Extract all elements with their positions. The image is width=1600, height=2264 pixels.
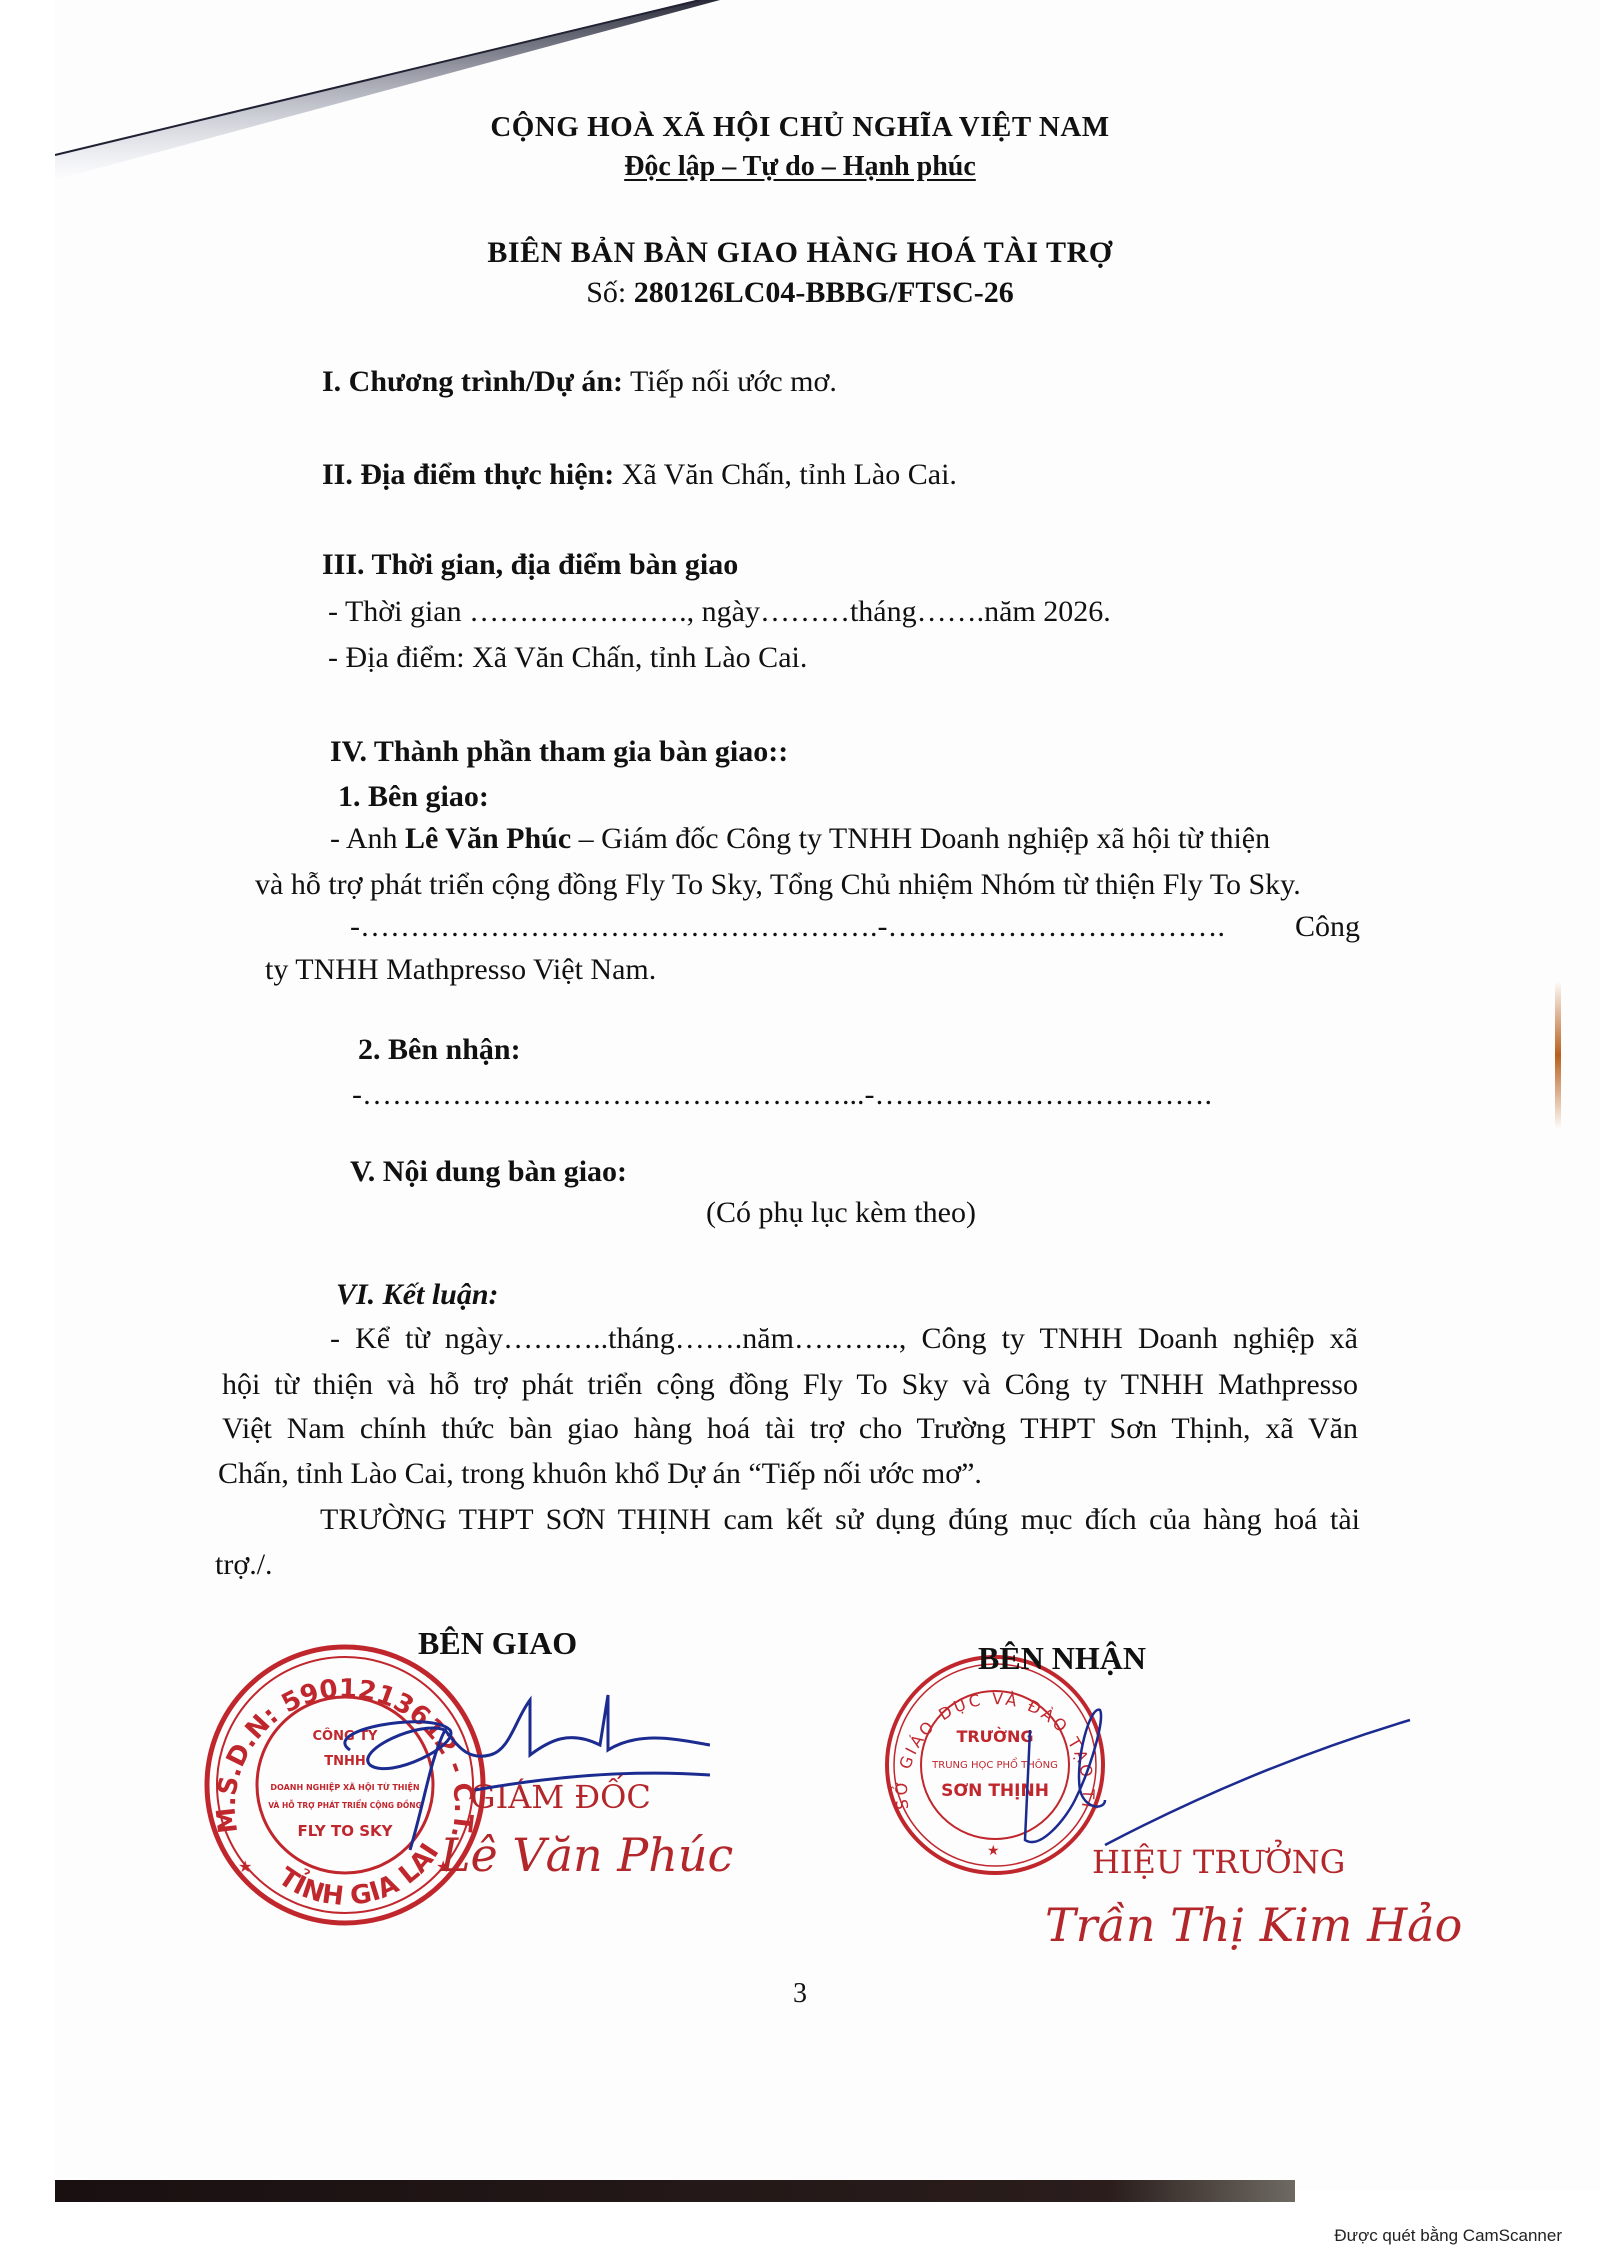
section-value: Tiếp nối ước mơ. xyxy=(623,365,837,398)
giver-line-1: - Anh Lê Văn Phúc – Giám đốc Công ty TNH… xyxy=(330,824,1270,854)
section-conclusion-label: VI. Kết luận: xyxy=(336,1280,499,1310)
handover-place-line: - Địa điểm: Xã Văn Chấn, tỉnh Lào Cai. xyxy=(328,643,807,673)
giver-signature xyxy=(260,1650,710,1860)
giver-prefix: - Anh xyxy=(330,822,405,855)
receiver-line: -…………………………………………...-……………………………. xyxy=(352,1080,1212,1110)
giver-line-2: và hỗ trợ phát triển cộng đồng Fly To Sk… xyxy=(255,870,1301,900)
page-number: 3 xyxy=(0,1980,1600,2008)
scanner-watermark: Được quét bằng CamScanner xyxy=(1334,2226,1562,2246)
document-number-value: 280126LC04-BBBG/FTSC-26 xyxy=(634,276,1014,309)
section-label: II. Địa điểm thực hiện: xyxy=(322,458,614,491)
section-label: I. Chương trình/Dự án: xyxy=(322,365,623,398)
conclusion-text: - Kể từ ngày………..tháng…….năm……….., Công … xyxy=(330,1324,1358,1354)
svg-text:★: ★ xyxy=(987,1844,1000,1859)
section-value: Xã Văn Chấn, tỉnh Lào Cai. xyxy=(614,458,957,491)
conclusion-line-2: hội từ thiện và hỗ trợ phát triển cộng đ… xyxy=(222,1370,1358,1400)
document-title: BIÊN BẢN BÀN GIAO HÀNG HOÁ TÀI TRỢ xyxy=(0,238,1600,268)
section-time-place-label: III. Thời gian, địa điểm bàn giao xyxy=(322,550,738,580)
receiver-signature xyxy=(1010,1690,1430,1870)
document-number-label: Số: xyxy=(586,276,634,309)
motto: Độc lập – Tự do – Hạnh phúc xyxy=(0,153,1600,181)
receiver-signed-name: Trần Thị Kim Hảo xyxy=(1045,1898,1462,1952)
commitment-line-end: trợ./. xyxy=(215,1550,273,1580)
section-program: I. Chương trình/Dự án: Tiếp nối ước mơ. xyxy=(322,367,837,397)
scan-edge-mark xyxy=(1555,980,1561,1130)
giver-line-3: -…………………………………………….-……………………………. Công xyxy=(350,912,1360,942)
giver-name: Lê Văn Phúc xyxy=(405,822,571,855)
svg-text:★: ★ xyxy=(238,1859,252,1876)
conclusion-line-3: Việt Nam chính thức bàn giao hàng hoá tà… xyxy=(222,1414,1358,1444)
receiver-heading: BÊN NHẬN xyxy=(978,1640,1146,1677)
conclusion-text: hội từ thiện và hỗ trợ phát triển cộng đ… xyxy=(222,1370,1358,1400)
commitment-text: TRƯỜNG THPT SƠN THỊNH cam kết sử dụng đú… xyxy=(320,1505,1360,1535)
section-content-label: V. Nội dung bàn giao: xyxy=(350,1157,627,1187)
conclusion-text: Việt Nam chính thức bàn giao hàng hoá tà… xyxy=(222,1414,1358,1444)
giver-blank-line: -…………………………………………….-……………………………. Công xyxy=(350,912,1360,942)
giver-label: 1. Bên giao: xyxy=(338,782,489,812)
handover-time-line: - Thời gian …………………., ngày………tháng…….năm… xyxy=(328,597,1111,627)
section-participants-label: IV. Thành phần tham gia bàn giao:: xyxy=(330,737,788,767)
receiver-label: 2. Bên nhận: xyxy=(358,1035,521,1065)
giver-title: – Giám đốc Công ty TNHH Doanh nghiệp xã … xyxy=(571,822,1270,855)
giver-line-4: ty TNHH Mathpresso Việt Nam. xyxy=(265,955,656,985)
section-location: II. Địa điểm thực hiện: Xã Văn Chấn, tỉn… xyxy=(322,460,957,490)
commitment-line: TRƯỜNG THPT SƠN THỊNH cam kết sử dụng đú… xyxy=(320,1505,1360,1535)
document-number: Số: 280126LC04-BBBG/FTSC-26 xyxy=(0,278,1600,308)
scan-bottom-edge xyxy=(55,2180,1295,2202)
conclusion-line-4: Chấn, tỉnh Lào Cai, trong khuôn khổ Dự á… xyxy=(218,1459,982,1489)
nation-header: CỘNG HOÀ XÃ HỘI CHỦ NGHĨA VIỆT NAM xyxy=(0,113,1600,142)
appendix-note: (Có phụ lục kèm theo) xyxy=(706,1198,976,1228)
conclusion-line-1: - Kể từ ngày………..tháng…….năm……….., Công … xyxy=(330,1324,1358,1354)
